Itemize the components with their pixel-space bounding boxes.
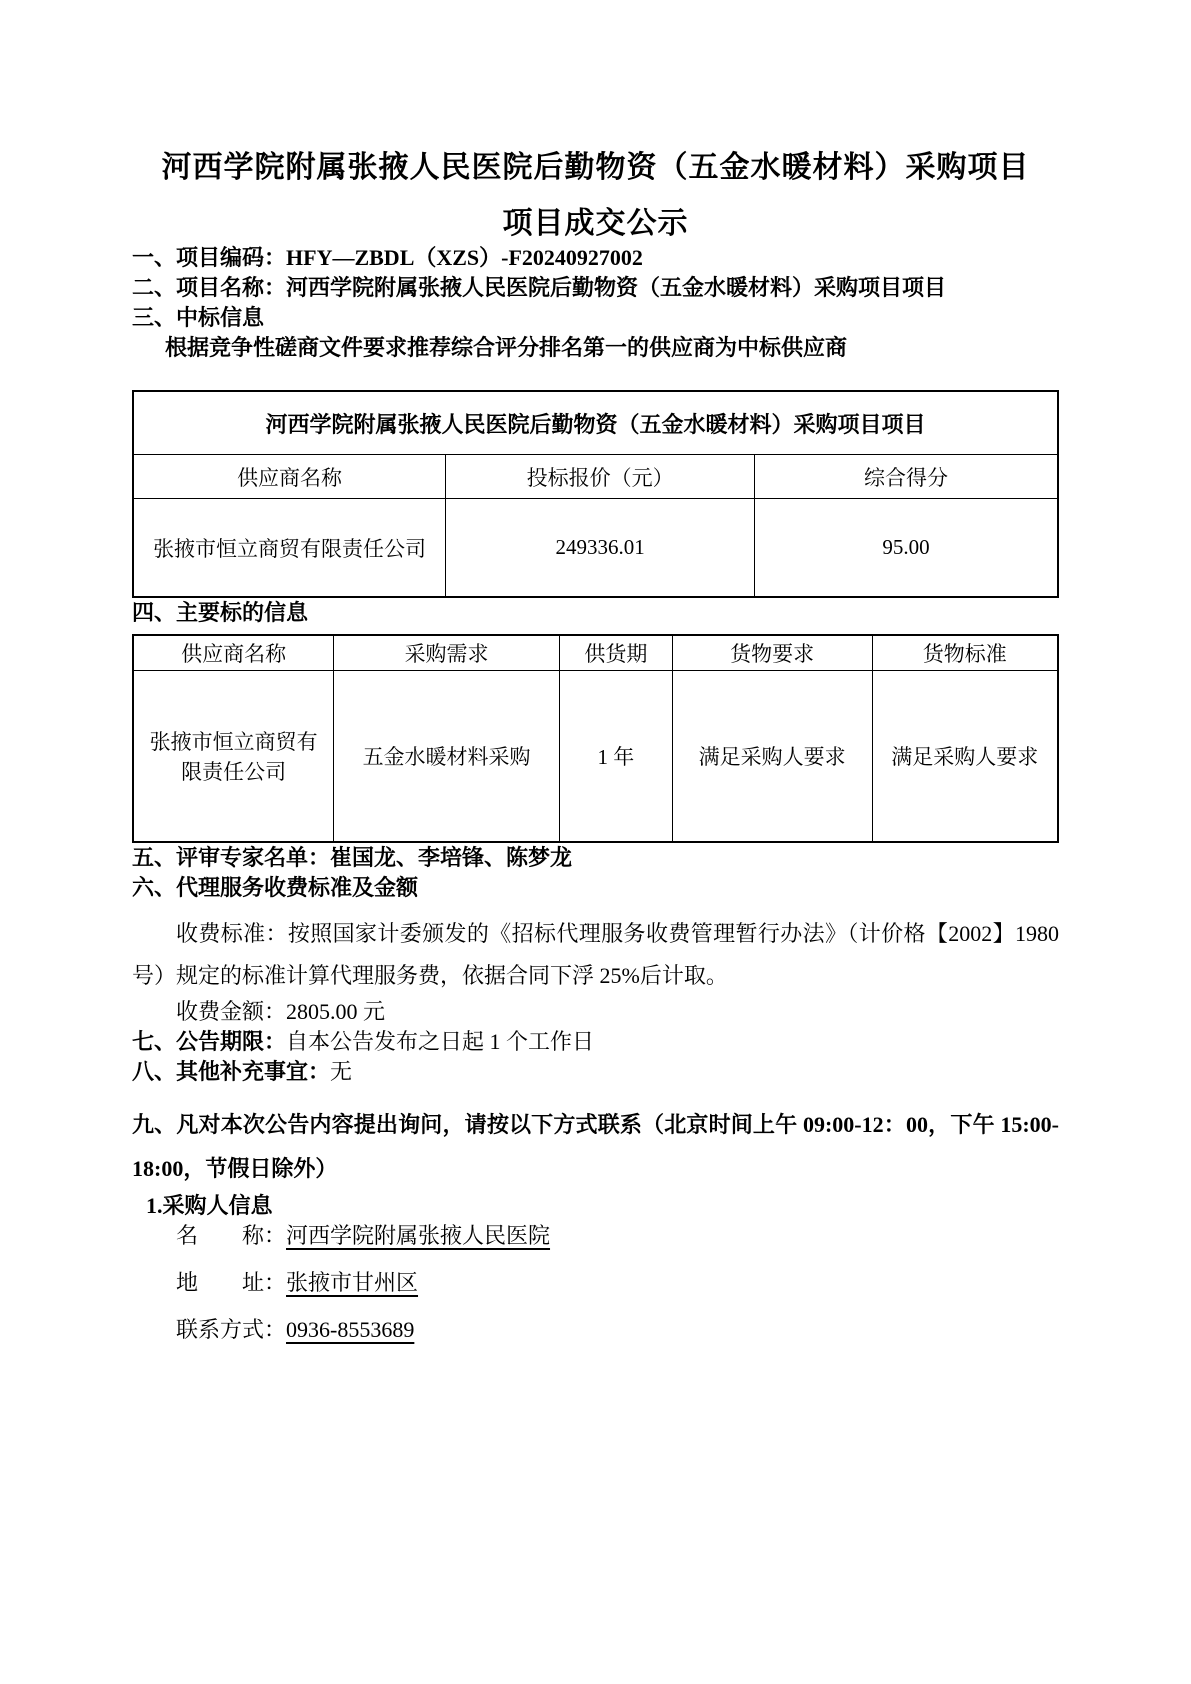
inquiry-note-paragraph: 九、凡对本次公告内容提出询问，请按以下方式联系（北京时间上午 09:00-12：…	[132, 1103, 1059, 1191]
award-table: 河西学院附属张掖人民医院后勤物资（五金水暖材料）采购项目项目 供应商名称 投标报…	[132, 390, 1059, 598]
award-col-bid-price: 投标报价（元）	[446, 455, 755, 499]
fee-standard-paragraph: 收费标准：按照国家计委颁发的《招标代理服务收费管理暂行办法》（计价格【2002】…	[132, 913, 1059, 997]
section-other-matters: 八、其他补充事宜：无	[132, 1057, 1059, 1087]
subject-cell-requirement: 满足采购人要求	[672, 671, 872, 843]
experts-label: 五、评审专家名单：	[132, 845, 330, 870]
subject-col-supplier: 供应商名称	[133, 635, 334, 671]
subject-col-requirement: 货物要求	[672, 635, 872, 671]
award-col-supplier: 供应商名称	[133, 455, 446, 499]
subject-col-standard: 货物标准	[872, 635, 1058, 671]
project-name-value: 河西学院附属张掖人民医院后勤物资（五金水暖材料）采购项目项目	[286, 275, 946, 300]
award-cell-supplier: 张掖市恒立商贸有限责任公司	[133, 499, 446, 598]
purchaser-address-line: 地 址：张掖市甘州区	[132, 1268, 1059, 1298]
fee-amount: 收费金额：2805.00 元	[132, 997, 1059, 1027]
subject-table-data-row: 张掖市恒立商贸有限责任公司 五金水暖材料采购 1 年 满足采购人要求 满足采购人…	[133, 671, 1058, 843]
award-table-header-row: 供应商名称 投标报价（元） 综合得分	[133, 455, 1058, 499]
purchaser-phone-line: 联系方式：0936-8553689	[132, 1315, 1059, 1345]
section-subject-heading: 四、主要标的信息	[132, 598, 1059, 628]
section-agency-fee-heading: 六、代理服务收费标准及金额	[132, 873, 1059, 903]
award-cell-bid-price: 249336.01	[446, 499, 755, 598]
purchaser-address-label: 地 址：	[176, 1270, 286, 1295]
section-award-info-heading: 三、中标信息	[132, 303, 1059, 333]
subject-cell-standard: 满足采购人要求	[872, 671, 1058, 843]
notice-period-label: 七、公告期限：	[132, 1029, 286, 1054]
purchaser-phone-label: 联系方式：	[176, 1317, 286, 1342]
other-matters-value: 无	[330, 1059, 352, 1084]
experts-value: 崔国龙、李培锋、陈梦龙	[330, 845, 572, 870]
section-project-name: 二、项目名称：河西学院附属张掖人民医院后勤物资（五金水暖材料）采购项目项目	[132, 273, 1059, 303]
project-name-label: 二、项目名称：	[132, 275, 286, 300]
document-page: 河西学院附属张掖人民医院后勤物资（五金水暖材料）采购项目 项目成交公示 一、项目…	[0, 0, 1191, 1684]
award-table-title: 河西学院附属张掖人民医院后勤物资（五金水暖材料）采购项目项目	[133, 391, 1058, 455]
purchaser-heading: 1.采购人信息	[132, 1191, 1059, 1221]
purchaser-name-label: 名 称：	[176, 1223, 286, 1248]
subject-cell-demand: 五金水暖材料采购	[334, 671, 560, 843]
purchaser-address-value: 张掖市甘州区	[286, 1270, 418, 1295]
document-title-line1: 河西学院附属张掖人民医院后勤物资（五金水暖材料）采购项目	[132, 148, 1059, 187]
award-table-title-row: 河西学院附属张掖人民医院后勤物资（五金水暖材料）采购项目项目	[133, 391, 1058, 455]
subject-cell-period: 1 年	[559, 671, 672, 843]
project-code-value: HFY—ZBDL（XZS）-F20240927002	[286, 245, 643, 270]
notice-period-value: 自本公告发布之日起 1 个工作日	[286, 1029, 594, 1054]
document-title-line2: 项目成交公示	[132, 204, 1059, 243]
award-table-data-row: 张掖市恒立商贸有限责任公司 249336.01 95.00	[133, 499, 1058, 598]
section-project-code: 一、项目编码：HFY—ZBDL（XZS）-F20240927002	[132, 243, 1059, 273]
other-matters-label: 八、其他补充事宜：	[132, 1059, 330, 1084]
section-notice-period: 七、公告期限：自本公告发布之日起 1 个工作日	[132, 1027, 1059, 1057]
project-code-label: 一、项目编码：	[132, 245, 286, 270]
subject-cell-supplier: 张掖市恒立商贸有限责任公司	[133, 671, 334, 843]
subject-col-period: 供货期	[559, 635, 672, 671]
purchaser-name-value: 河西学院附属张掖人民医院	[286, 1223, 550, 1248]
section-experts: 五、评审专家名单：崔国龙、李培锋、陈梦龙	[132, 843, 1059, 873]
purchaser-name-line: 名 称：河西学院附属张掖人民医院	[132, 1221, 1059, 1251]
award-cell-score: 95.00	[755, 499, 1058, 598]
award-note: 根据竞争性磋商文件要求推荐综合评分排名第一的供应商为中标供应商	[132, 333, 1059, 363]
subject-col-demand: 采购需求	[334, 635, 560, 671]
award-col-score: 综合得分	[755, 455, 1058, 499]
subject-table-header-row: 供应商名称 采购需求 供货期 货物要求 货物标准	[133, 635, 1058, 671]
purchaser-phone-value: 0936-8553689	[286, 1317, 414, 1342]
subject-table: 供应商名称 采购需求 供货期 货物要求 货物标准 张掖市恒立商贸有限责任公司 五…	[132, 634, 1059, 843]
